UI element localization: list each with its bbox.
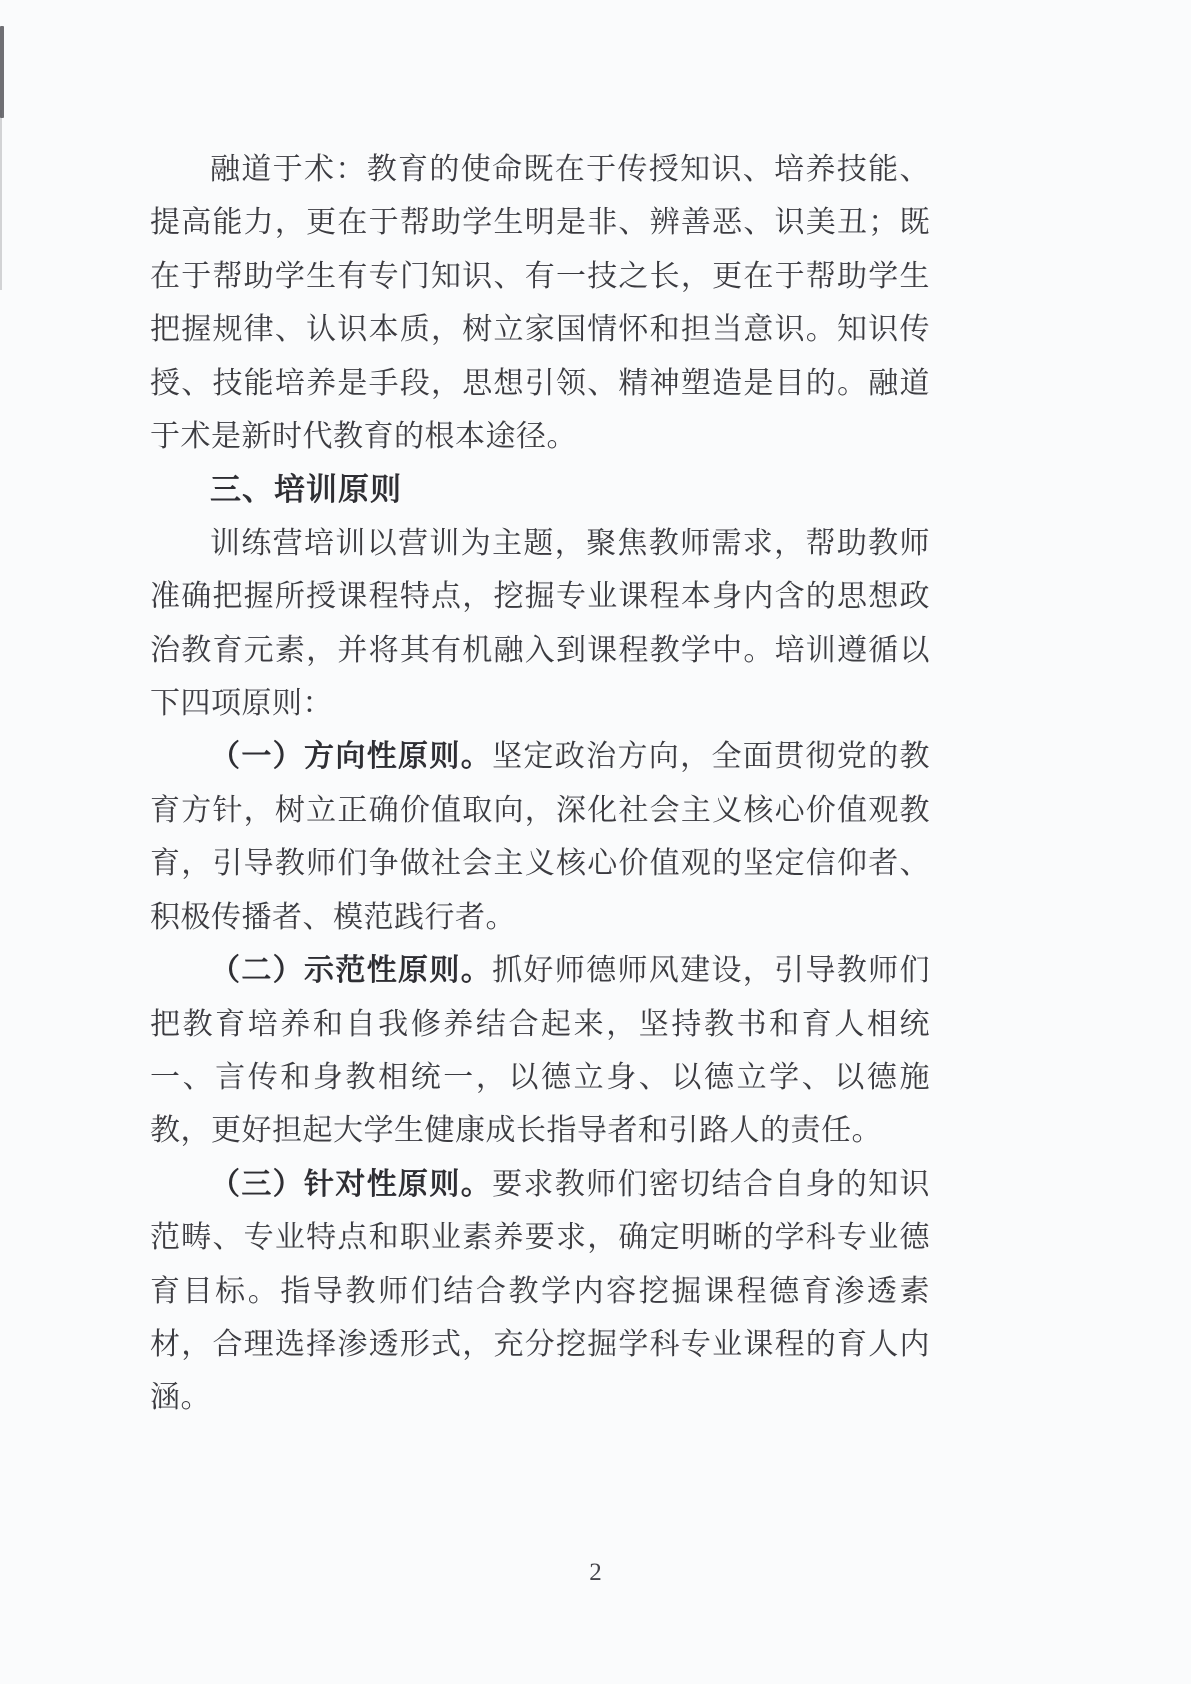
paragraph-principle-2: （二）示范性原则。抓好师德师风建设，引导教师们把教育培养和自我修养结合起来，坚持… [150,944,930,1158]
principle-3-lead: （三）针对性原则。 [210,1168,492,1201]
paragraph-rongdaoyushu: 融道于术：教育的使命既在于传授知识、培养技能、提高能力，更在于帮助学生明是非、辨… [150,143,930,463]
scan-edge-artifact [0,26,4,118]
document-body: 融道于术：教育的使命既在于传授知识、培养技能、提高能力，更在于帮助学生明是非、辨… [150,143,930,1425]
paragraph-principle-1: （一）方向性原则。坚定政治方向，全面贯彻党的教育方针，树立正确价值取向，深化社会… [150,730,930,944]
page-number: 2 [0,1558,1191,1588]
document-page: 融道于术：教育的使命既在于传授知识、培养技能、提高能力，更在于帮助学生明是非、辨… [0,0,1191,1684]
scan-edge-artifact-faint [0,110,2,290]
principle-1-lead: （一）方向性原则。 [210,740,492,773]
principle-3-text: 要求教师们密切结合自身的知识范畴、专业特点和职业素养要求，确定明晰的学科专业德育… [150,1168,930,1415]
paragraph-training-overview: 训练营培训以营训为主题，聚焦教师需求，帮助教师准确把握所授课程特点，挖掘专业课程… [150,517,930,731]
principle-2-lead: （二）示范性原则。 [210,954,492,987]
paragraph-principle-3: （三）针对性原则。要求教师们密切结合自身的知识范畴、专业特点和职业素养要求，确定… [150,1158,930,1425]
section-heading-training-principles: 三、培训原则 [150,463,930,516]
